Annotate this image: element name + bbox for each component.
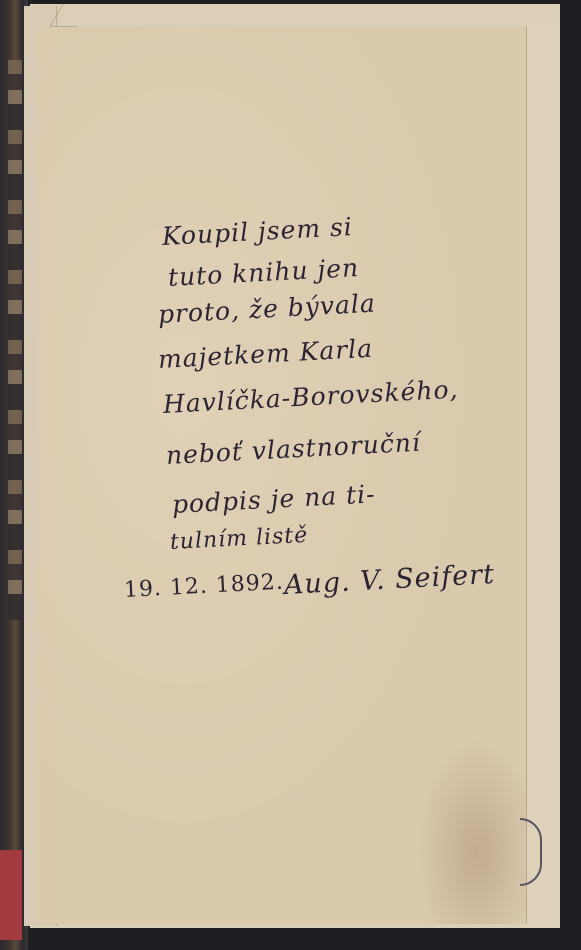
inscription-line: Koupil jsem si bbox=[161, 212, 353, 251]
inscription-line: tulním listě bbox=[169, 523, 308, 555]
inscription-line: Havlíčka-Borovského, bbox=[162, 375, 459, 419]
inscription-date: 19. 12. 1892. bbox=[123, 570, 284, 603]
inscription-line: tuto knihu jen bbox=[167, 253, 359, 292]
inscription-line: podpis je na ti- bbox=[171, 479, 376, 519]
inscription-line: proto, že bývala bbox=[157, 289, 376, 329]
inscription: Koupil jsem si tuto knihu jen proto, že … bbox=[0, 0, 581, 950]
inscription-line: neboť vlastnoruční bbox=[165, 428, 421, 470]
inscription-line: majetkem Karla bbox=[157, 334, 373, 374]
signature: Aug. V. Seifert bbox=[283, 559, 495, 601]
